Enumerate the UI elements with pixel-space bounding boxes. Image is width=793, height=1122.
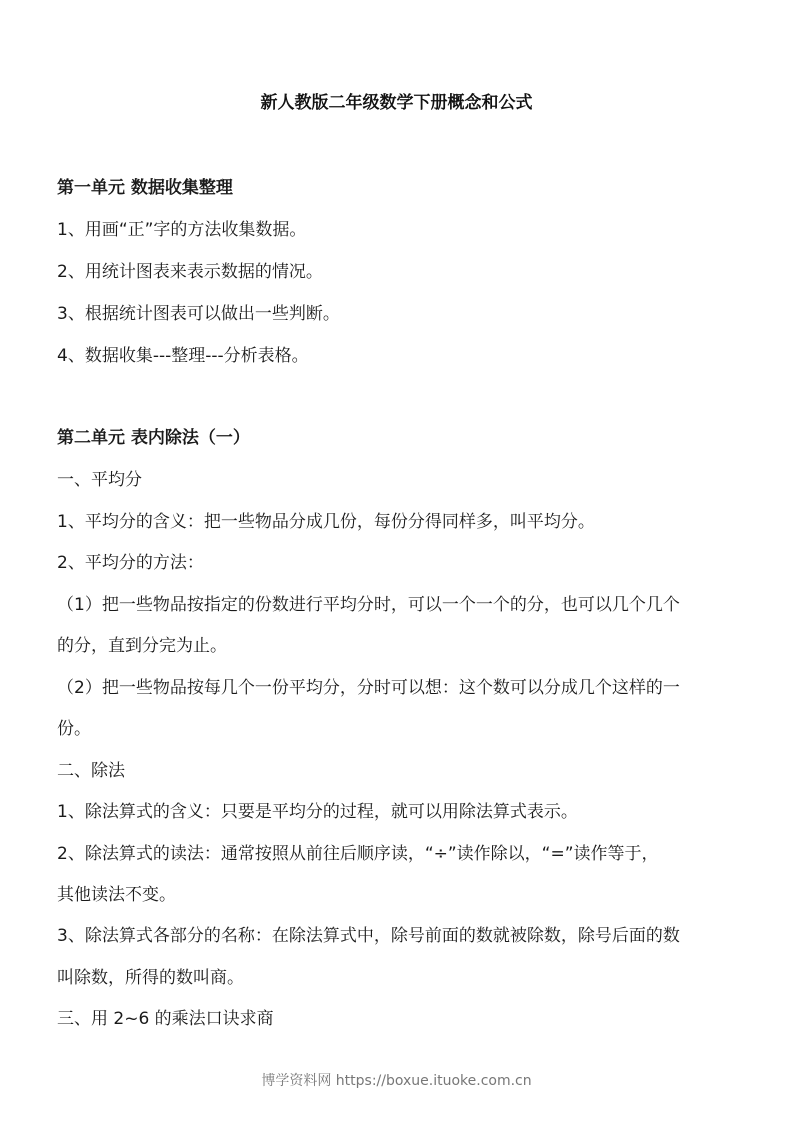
- unit1-item-4: 4、数据收集---整理---分析表格。: [57, 341, 747, 366]
- average-definition: 1、平均分的含义：把一些物品分成几份，每份分得同样多，叫平均分。: [57, 507, 747, 532]
- average-method-1-line-2: 的分，直到分完为止。: [57, 631, 747, 656]
- unit1-item-1: 1、用画“正”字的方法收集数据。: [57, 215, 747, 240]
- unit1-heading: 第一单元 数据收集整理: [57, 173, 747, 198]
- division-reading-line-1: 2、除法算式的读法：通常按照从前往后顺序读，“÷”读作除以，“=”读作等于，: [57, 839, 747, 864]
- section-division-title: 二、除法: [57, 756, 747, 781]
- division-reading-line-2: 其他读法不变。: [57, 880, 747, 905]
- section-average-title: 一、平均分: [57, 465, 747, 490]
- footer-watermark: 博学资料网 https://boxue.ituoke.com.cn: [0, 1070, 793, 1090]
- division-parts-line-1: 3、除法算式各部分的名称：在除法算式中，除号前面的数就被除数，除号后面的数: [57, 921, 747, 946]
- page-title: 新人教版二年级数学下册概念和公式: [0, 88, 793, 113]
- average-method-1-line-1: （1）把一些物品按指定的份数进行平均分时，可以一个一个的分，也可以几个几个: [57, 590, 747, 615]
- unit2-heading: 第二单元 表内除法（一）: [57, 423, 747, 448]
- unit1-item-3: 3、根据统计图表可以做出一些判断。: [57, 299, 747, 324]
- division-parts-line-2: 叫除数，所得的数叫商。: [57, 963, 747, 988]
- unit1-item-2: 2、用统计图表来表示数据的情况。: [57, 257, 747, 282]
- division-definition: 1、除法算式的含义：只要是平均分的过程，就可以用除法算式表示。: [57, 797, 747, 822]
- section-multiplication-title: 三、用 2~6 的乘法口诀求商: [57, 1004, 747, 1029]
- average-method-label: 2、平均分的方法：: [57, 548, 747, 573]
- average-method-2-line-1: （2）把一些物品按每几个一份平均分，分时可以想：这个数可以分成几个这样的一: [57, 673, 747, 698]
- average-method-2-line-2: 份。: [57, 714, 747, 739]
